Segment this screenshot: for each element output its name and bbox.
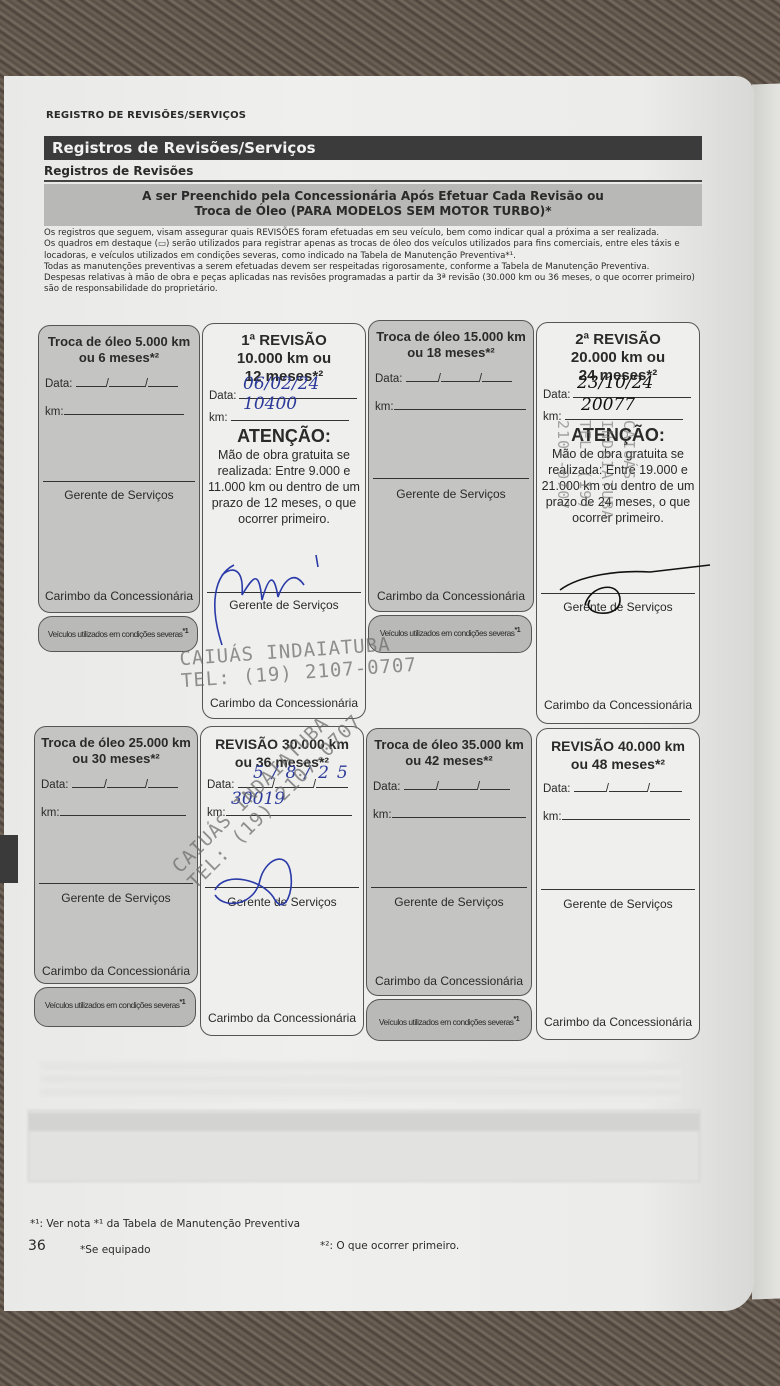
notice-line-1: A ser Preenchido pela Concessionária Apó… bbox=[44, 189, 702, 204]
oil-change-card-25000: Troca de óleo 25.000 kmou 30 meses*² Dat… bbox=[34, 726, 198, 984]
card-title: REVISÃO 40.000 km bbox=[537, 737, 699, 755]
footnote-3: *Se equipado bbox=[80, 1244, 151, 1256]
dealer-stamp-label: Carimbo da Concessionária bbox=[38, 964, 194, 978]
km-label: km: bbox=[41, 807, 60, 819]
km-label: km: bbox=[543, 811, 562, 823]
dealer-stamp-label: Carimbo da Concessionária bbox=[42, 589, 196, 603]
manager-signature-label: Gerente de Serviços bbox=[537, 897, 699, 911]
revision-card-40000: REVISÃO 40.000 kmou 48 meses*² Data: // … bbox=[536, 728, 700, 1040]
km-label: km: bbox=[373, 809, 392, 821]
manager-signature-label: Gerente de Serviços bbox=[369, 487, 533, 501]
date-label: Data: bbox=[543, 389, 571, 401]
severe-conditions-box[interactable]: Veículos utilizados em condições severas… bbox=[34, 987, 196, 1027]
manager-signature-label: Gerente de Serviços bbox=[201, 895, 363, 909]
card-subtitle: ou 18 meses*² bbox=[369, 345, 533, 361]
km-field[interactable] bbox=[394, 399, 526, 410]
attention-heading: ATENÇÃO: bbox=[203, 426, 365, 447]
notice-line-2: Troca de Óleo (PARA MODELOS SEM MOTOR TU… bbox=[44, 204, 702, 219]
km-field[interactable] bbox=[64, 404, 184, 415]
card-title: 2ª REVISÃO bbox=[537, 331, 699, 349]
running-head: REGISTRO DE REVISÕES/SERVIÇOS bbox=[46, 110, 246, 121]
card-title: Troca de óleo 35.000 km bbox=[367, 737, 531, 753]
dealer-stamp-label: Carimbo da Concessionária bbox=[540, 1015, 696, 1029]
km-label: km: bbox=[209, 412, 228, 424]
attention-text: Mão de obra gratuita se realizada: Entre… bbox=[537, 446, 699, 526]
manager-signature-label: Gerente de Serviços bbox=[367, 895, 531, 909]
oil-change-card-35000: Troca de óleo 35.000 kmou 42 meses*² Dat… bbox=[366, 728, 532, 996]
card-title: REVISÃO 30.000 km bbox=[201, 735, 363, 753]
manager-signature-label: Gerente de Serviços bbox=[35, 891, 197, 905]
revision-card-1: 1ª REVISÃO10.000 km ou12 meses*² Data:06… bbox=[202, 323, 366, 719]
severe-conditions-box[interactable]: Veículos utilizados em condições severas… bbox=[38, 616, 198, 652]
footnote-2: *²: O que ocorrer primeiro. bbox=[320, 1240, 459, 1252]
dealer-stamp-label: Carimbo da Concessionária bbox=[540, 698, 696, 712]
severe-conditions-box[interactable]: Veículos utilizados em condições severas… bbox=[368, 615, 532, 653]
date-label: Data: bbox=[41, 779, 69, 791]
subsection-title: Registros de Revisões bbox=[44, 164, 702, 182]
dealer-stamp-label: Carimbo da Concessionária bbox=[372, 589, 530, 603]
card-title: Troca de óleo 15.000 km bbox=[369, 329, 533, 345]
footnote-1: *¹: Ver nota *¹ da Tabela de Manutenção … bbox=[30, 1218, 300, 1230]
handwritten-date[interactable]: 23/10/24 bbox=[577, 373, 653, 393]
oil-change-card-5000: Troca de óleo 5.000 kmou 6 meses*² Data:… bbox=[38, 325, 200, 613]
km-label: km: bbox=[543, 411, 562, 423]
card-subtitle: ou 30 meses*² bbox=[35, 751, 197, 767]
intro-paragraph: Despesas relativas à mão de obra e peças… bbox=[44, 273, 706, 296]
date-label: Data: bbox=[373, 781, 401, 793]
date-label: Data: bbox=[375, 373, 403, 385]
intro-paragraph: Os quadros em destaque (▭) serão utiliza… bbox=[44, 239, 706, 262]
km-field[interactable] bbox=[60, 805, 186, 816]
handwritten-km[interactable]: 30019 bbox=[231, 789, 285, 809]
severe-conditions-box[interactable]: Veículos utilizados em condições severas… bbox=[366, 999, 532, 1041]
date-label: Data: bbox=[209, 390, 237, 402]
card-subtitle: 10.000 km ou bbox=[203, 350, 365, 368]
card-subtitle: ou 42 meses*² bbox=[367, 753, 531, 769]
manager-signature-label: Gerente de Serviços bbox=[203, 598, 365, 612]
attention-heading: ATENÇÃO: bbox=[537, 425, 699, 446]
date-label: Data: bbox=[45, 378, 73, 390]
manager-signature-label: Gerente de Serviços bbox=[39, 488, 199, 502]
revision-card-30000: REVISÃO 30.000 kmou 36 meses*² Data: //5… bbox=[200, 726, 364, 1036]
intro-paragraph: Os registros que seguem, visam assegurar… bbox=[44, 228, 706, 239]
card-subtitle: ou 48 meses*² bbox=[537, 755, 699, 773]
section-title: Registros de Revisões/Serviços bbox=[44, 136, 702, 160]
intro-text: Os registros que seguem, visam assegurar… bbox=[44, 228, 706, 296]
handwritten-km[interactable]: 20077 bbox=[581, 395, 635, 415]
dealer-stamp-label: Carimbo da Concessionária bbox=[204, 1011, 360, 1025]
oil-change-card-15000: Troca de óleo 15.000 kmou 18 meses*² Dat… bbox=[368, 320, 534, 612]
manager-signature-label: Gerente de Serviços bbox=[537, 600, 699, 614]
handwritten-date[interactable]: 5/8/25 bbox=[253, 763, 356, 783]
next-page-edge bbox=[752, 83, 780, 1299]
card-title: Troca de óleo 5.000 km bbox=[39, 334, 199, 350]
dealer-stamp-label: Carimbo da Concessionária bbox=[370, 974, 528, 988]
intro-paragraph: Todas as manutenções preventivas a serem… bbox=[44, 262, 706, 273]
blurred-table bbox=[28, 1110, 700, 1182]
handwritten-date[interactable]: 06/02/24 bbox=[243, 374, 319, 394]
km-label: km: bbox=[375, 401, 394, 413]
card-title: 1ª REVISÃO bbox=[203, 332, 365, 350]
km-label: km: bbox=[45, 406, 64, 418]
page-number: 36 bbox=[28, 1238, 46, 1254]
blurred-text bbox=[40, 1062, 680, 1102]
attention-text: Mão de obra gratuita se realizada: Entre… bbox=[203, 447, 365, 527]
km-field[interactable] bbox=[392, 807, 526, 818]
km-field[interactable] bbox=[562, 809, 690, 820]
revision-card-2: 2ª REVISÃO20.000 km ou24 meses*² Data:23… bbox=[536, 322, 700, 724]
card-subtitle: ou 6 meses*² bbox=[39, 350, 199, 366]
km-label: km: bbox=[207, 807, 226, 819]
section-tab-marker bbox=[0, 835, 18, 883]
card-title: Troca de óleo 25.000 km bbox=[35, 735, 197, 751]
handwritten-km[interactable]: 10400 bbox=[243, 394, 297, 414]
notice-banner: A ser Preenchido pela Concessionária Apó… bbox=[44, 184, 702, 226]
date-label: Data: bbox=[543, 783, 571, 795]
dealer-stamp-label: Carimbo da Concessionária bbox=[206, 696, 362, 710]
card-subtitle: 20.000 km ou bbox=[537, 349, 699, 367]
